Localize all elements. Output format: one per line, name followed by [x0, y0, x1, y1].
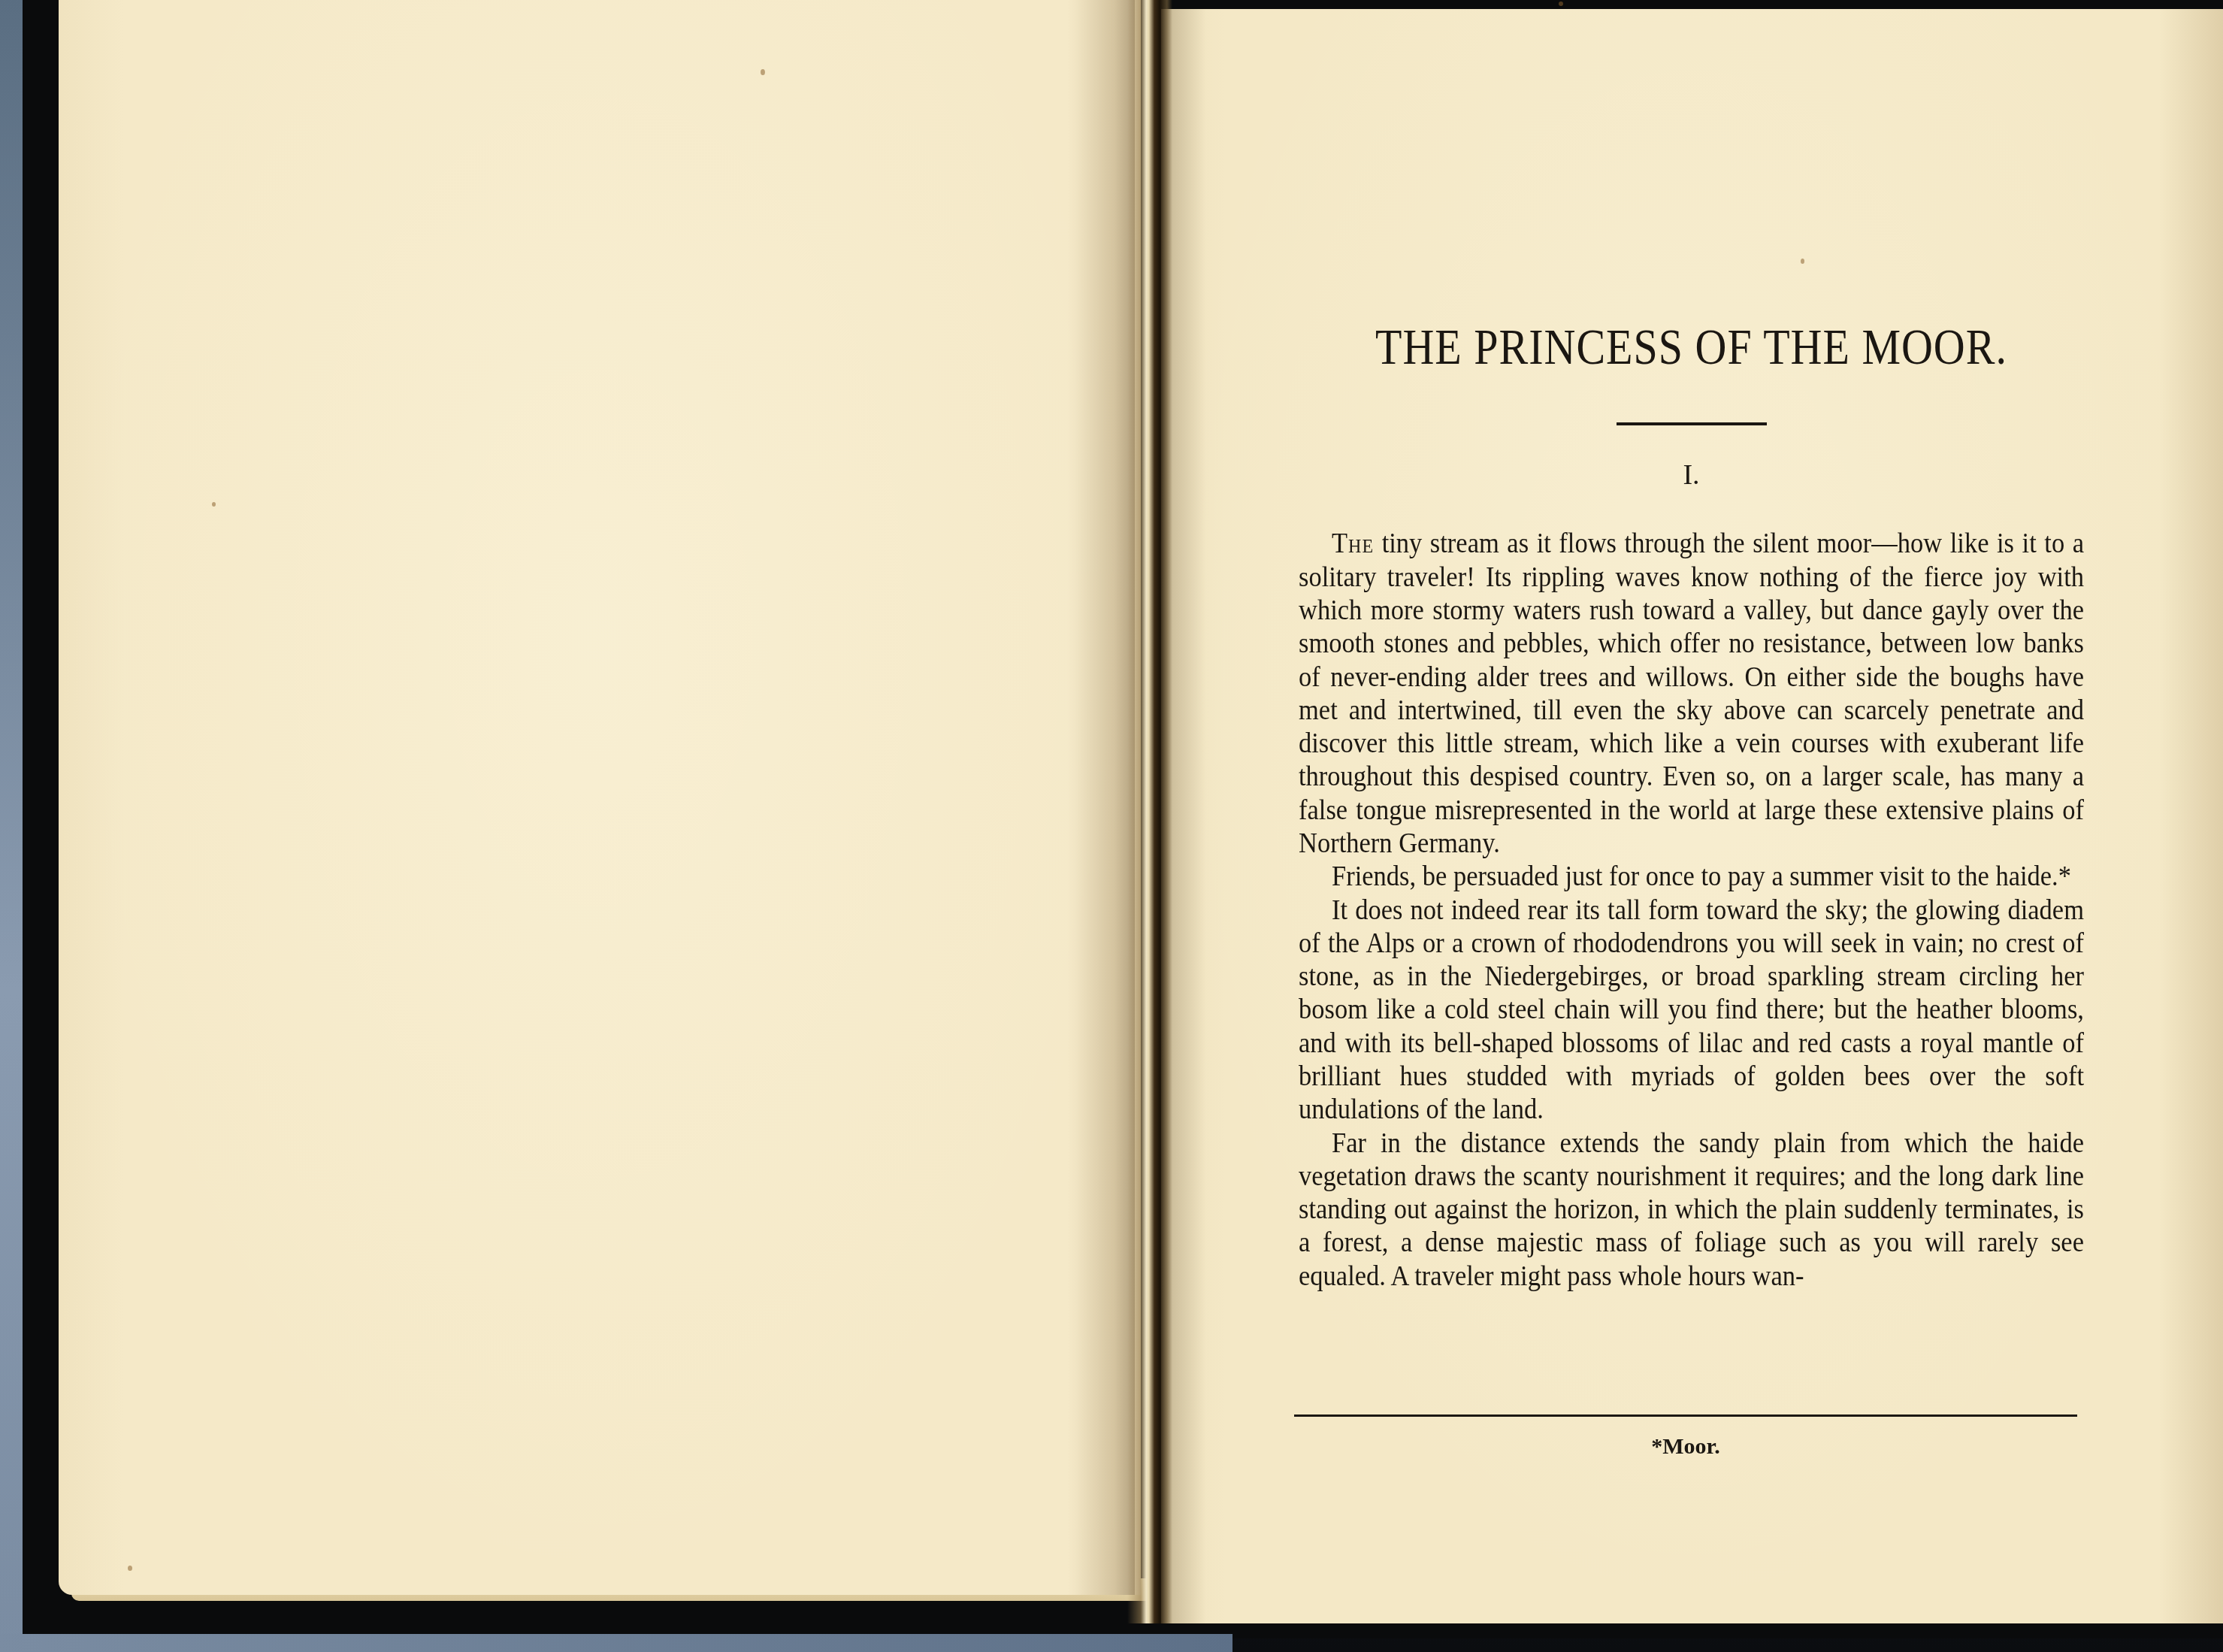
scanner-backdrop-bottom [0, 1634, 1232, 1652]
story-title: THE PRINCESS OF THE MOOR. [1299, 316, 2084, 378]
body-text: The tiny stream as it flows through the … [1299, 528, 2084, 1293]
paragraph-text: Friends, be persuaded just for once to p… [1332, 861, 2071, 892]
foxing-spot [128, 1566, 132, 1571]
title-divider-rule [1617, 422, 1767, 425]
paragraph-text: It does not indeed rear its tall form to… [1299, 894, 2084, 1125]
paragraph-2: Friends, be persuaded just for once to p… [1299, 861, 2084, 894]
paragraph-1: The tiny stream as it flows through the … [1299, 528, 2084, 861]
paragraph-lead-word: The [1332, 528, 1374, 559]
footnote-divider-rule [1294, 1414, 2077, 1417]
chapter-number: I. [1299, 460, 2084, 490]
paragraph-text: tiny stream as it flows through the sile… [1299, 528, 2084, 859]
right-page-text: THE PRINCESS OF THE MOOR. I. The tiny st… [1299, 316, 2084, 1236]
foxing-spot [212, 502, 216, 507]
footnote: *Moor. [1294, 1434, 2077, 1460]
scanner-backdrop [0, 0, 26, 1652]
foxing-spot [761, 69, 765, 75]
book-scan-scene: THE PRINCESS OF THE MOOR. I. The tiny st… [0, 0, 2223, 1652]
paragraph-text: Far in the distance extends the sandy pl… [1299, 1127, 2084, 1291]
gutter-shadow-left [1067, 0, 1135, 1595]
paragraph-4: Far in the distance extends the sandy pl… [1299, 1127, 2084, 1293]
foxing-spot [1801, 259, 1804, 264]
foxing-spot [1559, 2, 1563, 6]
gutter-shadow-right [1161, 9, 1206, 1623]
paragraph-3: It does not indeed rear its tall form to… [1299, 894, 2084, 1127]
left-page-blank [59, 0, 1141, 1595]
